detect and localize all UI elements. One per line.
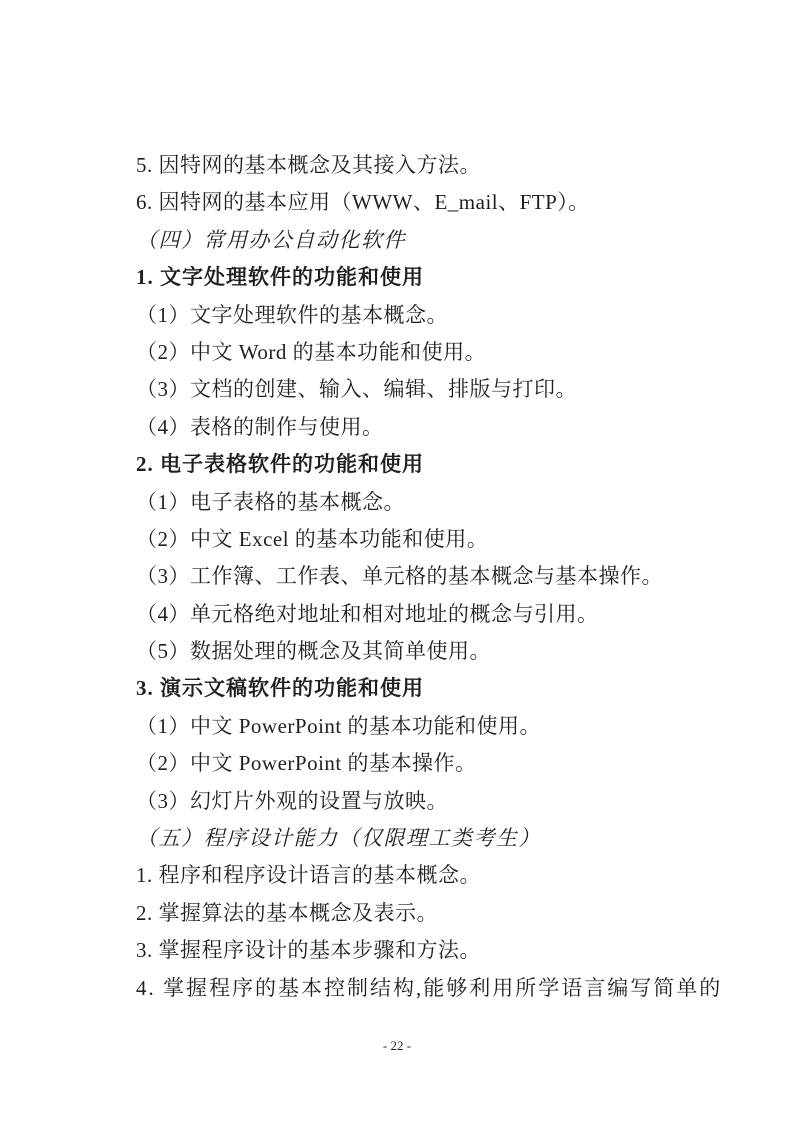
text-line: （2）中文 PowerPoint 的基本操作。 [136,745,736,782]
section-heading: （五）程序设计能力（仅限理工类考生） [136,820,736,857]
text-line: （1）文字处理软件的基本概念。 [136,297,736,334]
text-line: 3. 掌握程序设计的基本步骤和方法。 [136,932,736,969]
text-line: （3）文档的创建、输入、编辑、排版与打印。 [136,371,736,408]
subsection-heading: 2. 电子表格软件的功能和使用 [136,446,736,483]
text-line: 5. 因特网的基本概念及其接入方法。 [136,147,736,184]
subsection-heading: 1. 文字处理软件的功能和使用 [136,259,736,296]
text-line: （2）中文 Word 的基本功能和使用。 [136,334,736,371]
document-page: 5. 因特网的基本概念及其接入方法。 6. 因特网的基本应用（WWW、E_mai… [0,0,794,1123]
text-line: （1）电子表格的基本概念。 [136,484,736,521]
text-line: （3）工作簿、工作表、单元格的基本概念与基本操作。 [136,558,736,595]
document-body: 5. 因特网的基本概念及其接入方法。 6. 因特网的基本应用（WWW、E_mai… [136,147,736,1007]
section-heading: （四）常用办公自动化软件 [136,222,736,259]
text-line: 1. 程序和程序设计语言的基本概念。 [136,857,736,894]
text-line: 6. 因特网的基本应用（WWW、E_mail、FTP）。 [136,184,736,221]
text-line: 4. 掌握程序的基本控制结构,能够利用所学语言编写简单的 [136,970,736,1007]
text-line: （2）中文 Excel 的基本功能和使用。 [136,521,736,558]
text-line: （4）表格的制作与使用。 [136,409,736,446]
text-line: （3）幻灯片外观的设置与放映。 [136,783,736,820]
text-line: （5）数据处理的概念及其简单使用。 [136,633,736,670]
page-footer: - 22 - [0,1036,794,1056]
text-line: 2. 掌握算法的基本概念及表示。 [136,895,736,932]
page-number: - 22 - [383,1038,411,1053]
text-line: （1）中文 PowerPoint 的基本功能和使用。 [136,708,736,745]
text-line: （4）单元格绝对地址和相对地址的概念与引用。 [136,596,736,633]
subsection-heading: 3. 演示文稿软件的功能和使用 [136,670,736,707]
